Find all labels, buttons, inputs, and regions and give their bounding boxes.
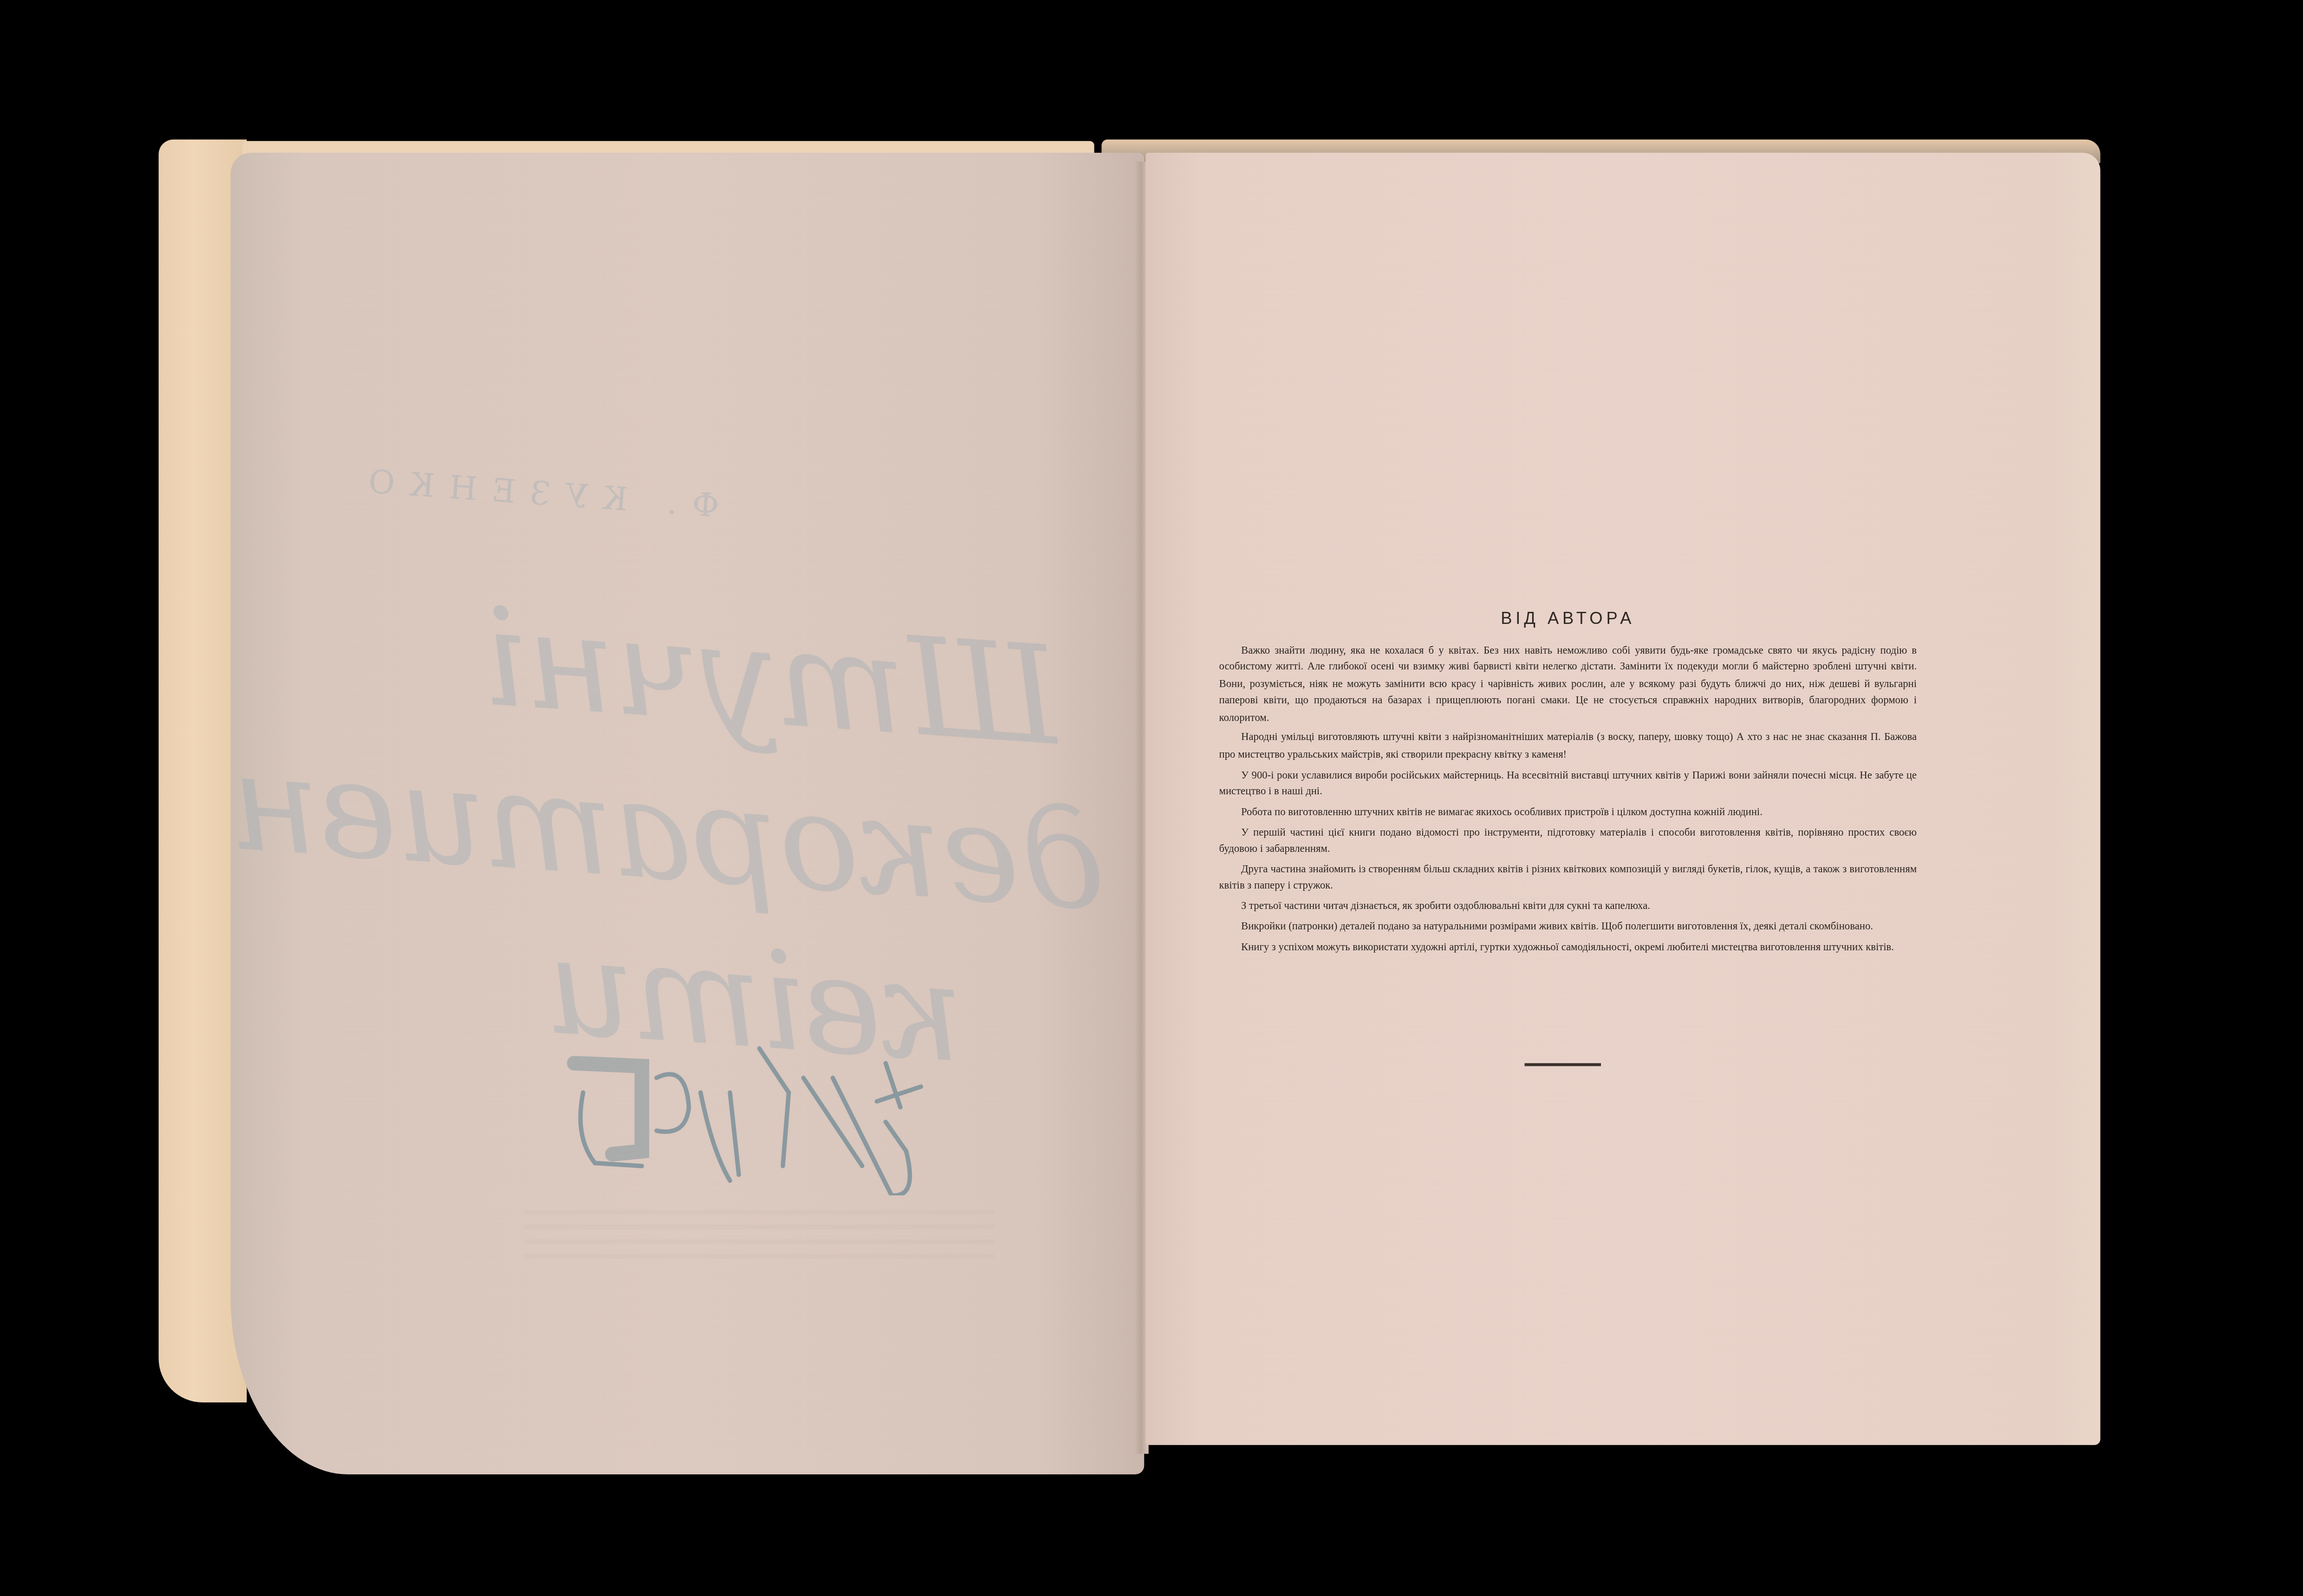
- paragraph: Книгу з успіхом можуть використати худож…: [1219, 939, 1917, 956]
- faint-imprint-text: [524, 1210, 994, 1269]
- handwritten-stamp-icon: [554, 1034, 936, 1195]
- left-page: Ф. КУЗЕНКО Штучні декоративні квіти: [231, 153, 1145, 1474]
- paragraph: З третьої частини читач дізнається, як з…: [1219, 899, 1917, 915]
- paragraph: У першій частині цієї книги подано відом…: [1219, 825, 1917, 858]
- end-divider: [1525, 1063, 1601, 1065]
- paragraph: Народні умільці виготовляють штучні квіт…: [1219, 730, 1917, 764]
- right-page: ВІД АВТОРА Важко знайти людину, яка не к…: [1145, 153, 2100, 1445]
- foreword: ВІД АВТОРА Важко знайти людину, яка не к…: [1219, 611, 1917, 960]
- paragraph: Важко знайти людину, яка не кохалася б у…: [1219, 643, 1917, 727]
- paragraph: У 900-і роки уславилися вироби російськи…: [1219, 767, 1917, 801]
- show-through-author: Ф. КУЗЕНКО: [352, 464, 720, 526]
- paragraph: Друга частина знайомить із створенням бі…: [1219, 862, 1917, 895]
- paragraph: Викройки (патронки) деталей подано за на…: [1219, 919, 1917, 936]
- cover-show-through: Ф. КУЗЕНКО Штучні декоративні квіти: [297, 419, 1144, 1121]
- paragraph: Робота по виготовленню штучних квітів не…: [1219, 804, 1917, 821]
- scan-stage: Ф. КУЗЕНКО Штучні декоративні квіти ВІД …: [0, 0, 2303, 1596]
- show-through-title-line: Штучні: [479, 590, 1064, 766]
- page-title: ВІД АВТОРА: [1219, 611, 1917, 629]
